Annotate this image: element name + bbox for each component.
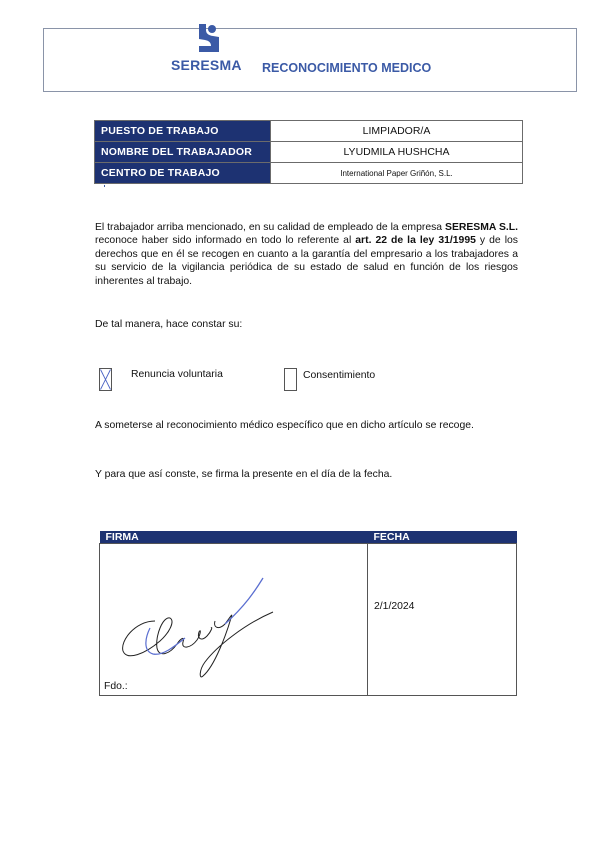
consentimiento-checkbox[interactable] [284, 368, 297, 391]
firma-header: FIRMA [100, 531, 368, 544]
declaration-paragraph: El trabajador arriba mencionado, en su c… [95, 221, 518, 288]
table-row: CENTRO DE TRABAJO International Paper Gr… [95, 163, 523, 184]
closing-text: Y para que así conste, se firma la prese… [95, 469, 392, 480]
worker-info-table: PUESTO DE TRABAJO LIMPIADOR/A NOMBRE DEL… [94, 120, 523, 184]
fdo-label: Fdo.: [104, 681, 128, 692]
paragraph-text: reconoce haber sido informado en todo lo… [95, 235, 355, 246]
paragraph-text: El trabajador arriba mencionado, en su c… [95, 222, 445, 233]
seresma-logo-icon [197, 24, 221, 52]
fecha-header: FECHA [368, 531, 517, 544]
table-row: PUESTO DE TRABAJO LIMPIADOR/A [95, 121, 523, 142]
job-position-value: LIMPIADOR/A [271, 121, 523, 142]
table-row: NOMBRE DEL TRABAJADOR LYUDMILA HUSHCHA [95, 142, 523, 163]
company-name: SERESMA S.L. [445, 222, 518, 233]
renuncia-label: Renuncia voluntaria [131, 369, 223, 380]
document-header [43, 28, 577, 92]
job-position-label: PUESTO DE TRABAJO [95, 121, 271, 142]
x-mark-icon [100, 369, 111, 390]
worker-name-label: NOMBRE DEL TRABAJADOR [95, 142, 271, 163]
worker-name-value: LYUDMILA HUSHCHA [271, 142, 523, 163]
submission-text: A someterse al reconocimiento médico esp… [95, 420, 474, 431]
date-value: 2/1/2024 [374, 601, 414, 612]
workplace-value: International Paper Griñón, S.L. [271, 163, 523, 184]
law-reference: art. 22 de la ley 31/1995 [355, 235, 476, 246]
handwritten-signature-icon [115, 566, 285, 686]
date-field[interactable]: 2/1/2024 [368, 544, 517, 696]
renuncia-checkbox[interactable] [99, 368, 112, 391]
consentimiento-label: Consentimiento [303, 370, 375, 381]
brand-name: SERESMA [171, 57, 242, 73]
document-title: RECONOCIMIENTO MEDICO [262, 61, 431, 75]
signature-field[interactable]: Fdo.: [100, 544, 368, 696]
signature-table: FIRMA FECHA Fdo.: 2/1/2024 [99, 531, 517, 696]
workplace-label: CENTRO DE TRABAJO [95, 163, 271, 184]
choice-intro: De tal manera, hace constar su: [95, 319, 242, 330]
scan-speck [104, 185, 105, 187]
